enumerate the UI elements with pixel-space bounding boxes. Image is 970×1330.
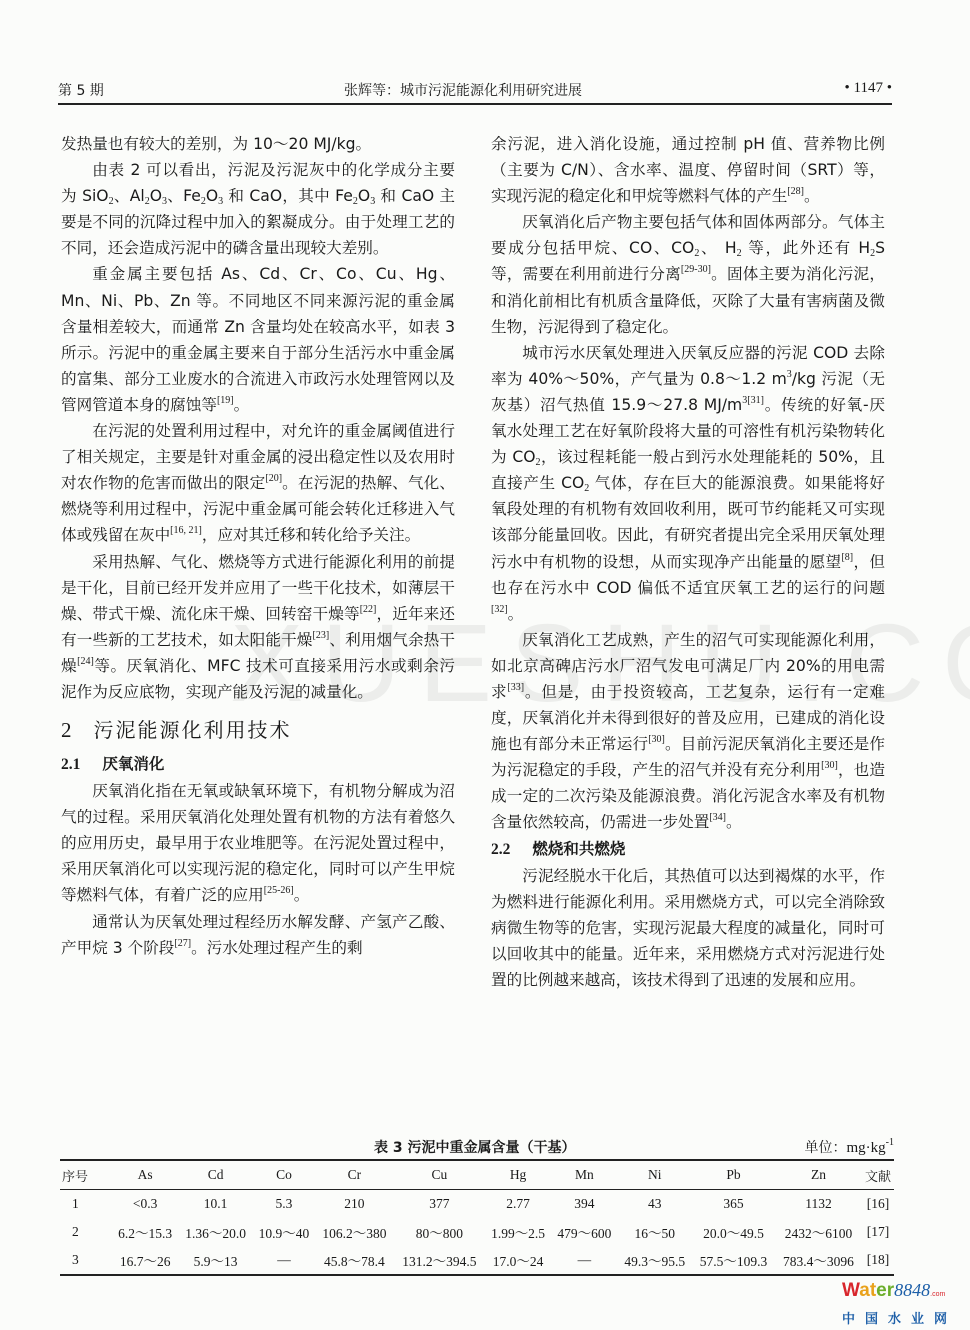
citation[interactable]: 3[31]: [742, 395, 764, 406]
citation[interactable]: [22]: [360, 604, 377, 615]
running-title: 张辉等：城市污泥能源化利用研究进展: [344, 80, 582, 100]
column-header: Mn: [551, 1160, 617, 1190]
citation[interactable]: [33]: [507, 682, 524, 693]
paragraph: 通常认为厌氧处理过程经历水解发酵、产氢产乙酸、产甲烷 3 个阶段[27]。污水处…: [61, 909, 455, 961]
paragraph: 发热量也有较大的差别，为 10～20 MJ/kg。: [61, 131, 455, 157]
citation[interactable]: [23]: [313, 630, 330, 641]
paragraph: 污泥经脱水干化后，其热值可以达到褐煤的水平，作为燃料进行能源化利用。采用燃烧方式…: [491, 863, 885, 993]
paragraph: 城市污水厌氧处理进入厌氧反应器的污泥 COD 去除率为 40%～50%，产气量为…: [491, 340, 885, 627]
citation[interactable]: [8]: [841, 552, 853, 563]
table-unit: 单位：mg·kg-1: [804, 1137, 894, 1157]
column-header: Ni: [618, 1160, 693, 1190]
section-heading: 2污泥能源化利用技术: [61, 715, 455, 745]
subsection-heading: 2.1厌氧消化: [61, 751, 455, 778]
cell: 1132: [775, 1190, 862, 1219]
citation[interactable]: [28]: [787, 186, 804, 197]
citation[interactable]: [24]: [77, 656, 94, 667]
cell: 210: [315, 1190, 394, 1219]
citation[interactable]: [27]: [174, 938, 191, 949]
citation[interactable]: [34]: [709, 812, 726, 823]
cell: 3: [60, 1246, 112, 1275]
cell: 57.5～109.3: [692, 1246, 775, 1275]
cell: 365: [692, 1190, 775, 1219]
cell: 1.99～2.5: [485, 1218, 551, 1246]
subsection-heading: 2.2燃烧和共燃烧: [491, 836, 885, 863]
column-header: Cr: [315, 1160, 394, 1190]
cell: 479～600: [551, 1218, 617, 1246]
logo-wordmark: Water8848.com: [842, 1280, 964, 1305]
column-header: Pb: [692, 1160, 775, 1190]
logo-subtitle: 中国水业网: [842, 1308, 964, 1327]
cell: 377: [394, 1190, 485, 1219]
column-header: Hg: [485, 1160, 551, 1190]
paragraph: 重金属主要包括 As、Cd、Cr、Co、Cu、Hg、Mn、Ni、Pb、Zn 等。…: [61, 261, 455, 418]
table-row: 2 6.2～15.3 1.36～20.0 10.9～40 106.2～380 8…: [60, 1218, 894, 1246]
cell: 5.9～13: [178, 1246, 253, 1275]
citation[interactable]: [32]: [491, 604, 508, 615]
cell: 1: [60, 1190, 112, 1219]
cell: 20.0～49.5: [692, 1218, 775, 1246]
cell: 2.77: [485, 1190, 551, 1219]
cell: 16～50: [618, 1218, 693, 1246]
cell: 16.7～26: [112, 1246, 178, 1275]
column-header: As: [112, 1160, 178, 1190]
table-row: 1 <0.3 10.1 5.3 210 377 2.77 394 43 365 …: [60, 1190, 894, 1219]
cell: —: [253, 1246, 315, 1275]
citation[interactable]: [16, 21]: [170, 525, 202, 536]
paragraph: 厌氧消化工艺成熟，产生的沼气可实现能源化利用，如北京高碑店污水厂沼气发电可满足厂…: [491, 627, 885, 836]
citation-cell[interactable]: [16]: [862, 1190, 894, 1219]
cell: 2432～6100: [775, 1218, 862, 1246]
cell: 17.0～24: [485, 1246, 551, 1275]
issue-number: 第 5 期: [58, 80, 104, 100]
cell: 1.36～20.0: [178, 1218, 253, 1246]
cell: —: [551, 1246, 617, 1275]
column-header: Co: [253, 1160, 315, 1190]
cell: <0.3: [112, 1190, 178, 1219]
cell: 131.2～394.5: [394, 1246, 485, 1275]
table-caption: 表 3 污泥中重金属含量（干基）: [374, 1137, 576, 1157]
cell: 43: [618, 1190, 693, 1219]
cell: 2: [60, 1218, 112, 1246]
cell: 394: [551, 1190, 617, 1219]
column-header: Cd: [178, 1160, 253, 1190]
cell: 6.2～15.3: [112, 1218, 178, 1246]
column-header: Zn: [775, 1160, 862, 1190]
cell: 10.9～40: [253, 1218, 315, 1246]
paragraph: 厌氧消化后产物主要包括气体和固体两部分。气体主要成分包括甲烷、CO、CO2、 H…: [491, 209, 885, 339]
table-header-row: 序号 As Cd Co Cr Cu Hg Mn Ni Pb Zn 文献: [60, 1160, 894, 1190]
cell: 10.1: [178, 1190, 253, 1219]
citation-cell[interactable]: [17]: [862, 1218, 894, 1246]
paragraph: 由表 2 可以看出，污泥及污泥灰中的化学成分主要为 SiO2、Al2O3、Fe2…: [61, 157, 455, 261]
citation[interactable]: [20]: [265, 473, 282, 484]
cell: 45.8～78.4: [315, 1246, 394, 1275]
right-column: 余污泥，进入消化设施，通过控制 pH 值、营养物比例（主要为 C/N）、含水率、…: [491, 131, 885, 993]
cell: 783.4～3096: [775, 1246, 862, 1275]
citation[interactable]: [19]: [217, 395, 234, 406]
paragraph: 厌氧消化指在无氧或缺氧环境下，有机物分解成为沼气的过程。采用厌氧消化处理处置有机…: [61, 778, 455, 908]
header-rule: [58, 103, 892, 105]
water8848-logo[interactable]: Water8848.com 中国水业网: [842, 1280, 964, 1326]
page-number: • 1147 •: [845, 80, 892, 97]
cell: 5.3: [253, 1190, 315, 1219]
cell: 106.2～380: [315, 1218, 394, 1246]
heavy-metal-table: 序号 As Cd Co Cr Cu Hg Mn Ni Pb Zn 文献 1 <0…: [60, 1159, 894, 1276]
citation[interactable]: [30]: [648, 734, 665, 745]
citation[interactable]: [30]: [821, 760, 838, 771]
left-column: 发热量也有较大的差别，为 10～20 MJ/kg。 由表 2 可以看出，污泥及污…: [61, 131, 455, 961]
cell: 49.3～95.5: [618, 1246, 693, 1275]
paragraph: 余污泥，进入消化设施，通过控制 pH 值、营养物比例（主要为 C/N）、含水率、…: [491, 131, 885, 209]
column-header: 序号: [60, 1160, 112, 1190]
paragraph: 在污泥的处置利用过程中，对允许的重金属阈值进行了相关规定，主要是针对重金属的浸出…: [61, 418, 455, 548]
column-header: Cu: [394, 1160, 485, 1190]
citation-cell[interactable]: [18]: [862, 1246, 894, 1275]
cell: 80～800: [394, 1218, 485, 1246]
column-header: 文献: [862, 1160, 894, 1190]
running-header: 第 5 期 张辉等：城市污泥能源化利用研究进展 • 1147 •: [58, 80, 892, 102]
citation[interactable]: [25-26]: [264, 885, 294, 896]
paragraph: 采用热解、气化、燃烧等方式进行能源化利用的前提是干化，目前已经开发并应用了一些干…: [61, 549, 455, 706]
table-row: 3 16.7～26 5.9～13 — 45.8～78.4 131.2～394.5…: [60, 1246, 894, 1275]
citation[interactable]: [29-30]: [681, 264, 711, 275]
